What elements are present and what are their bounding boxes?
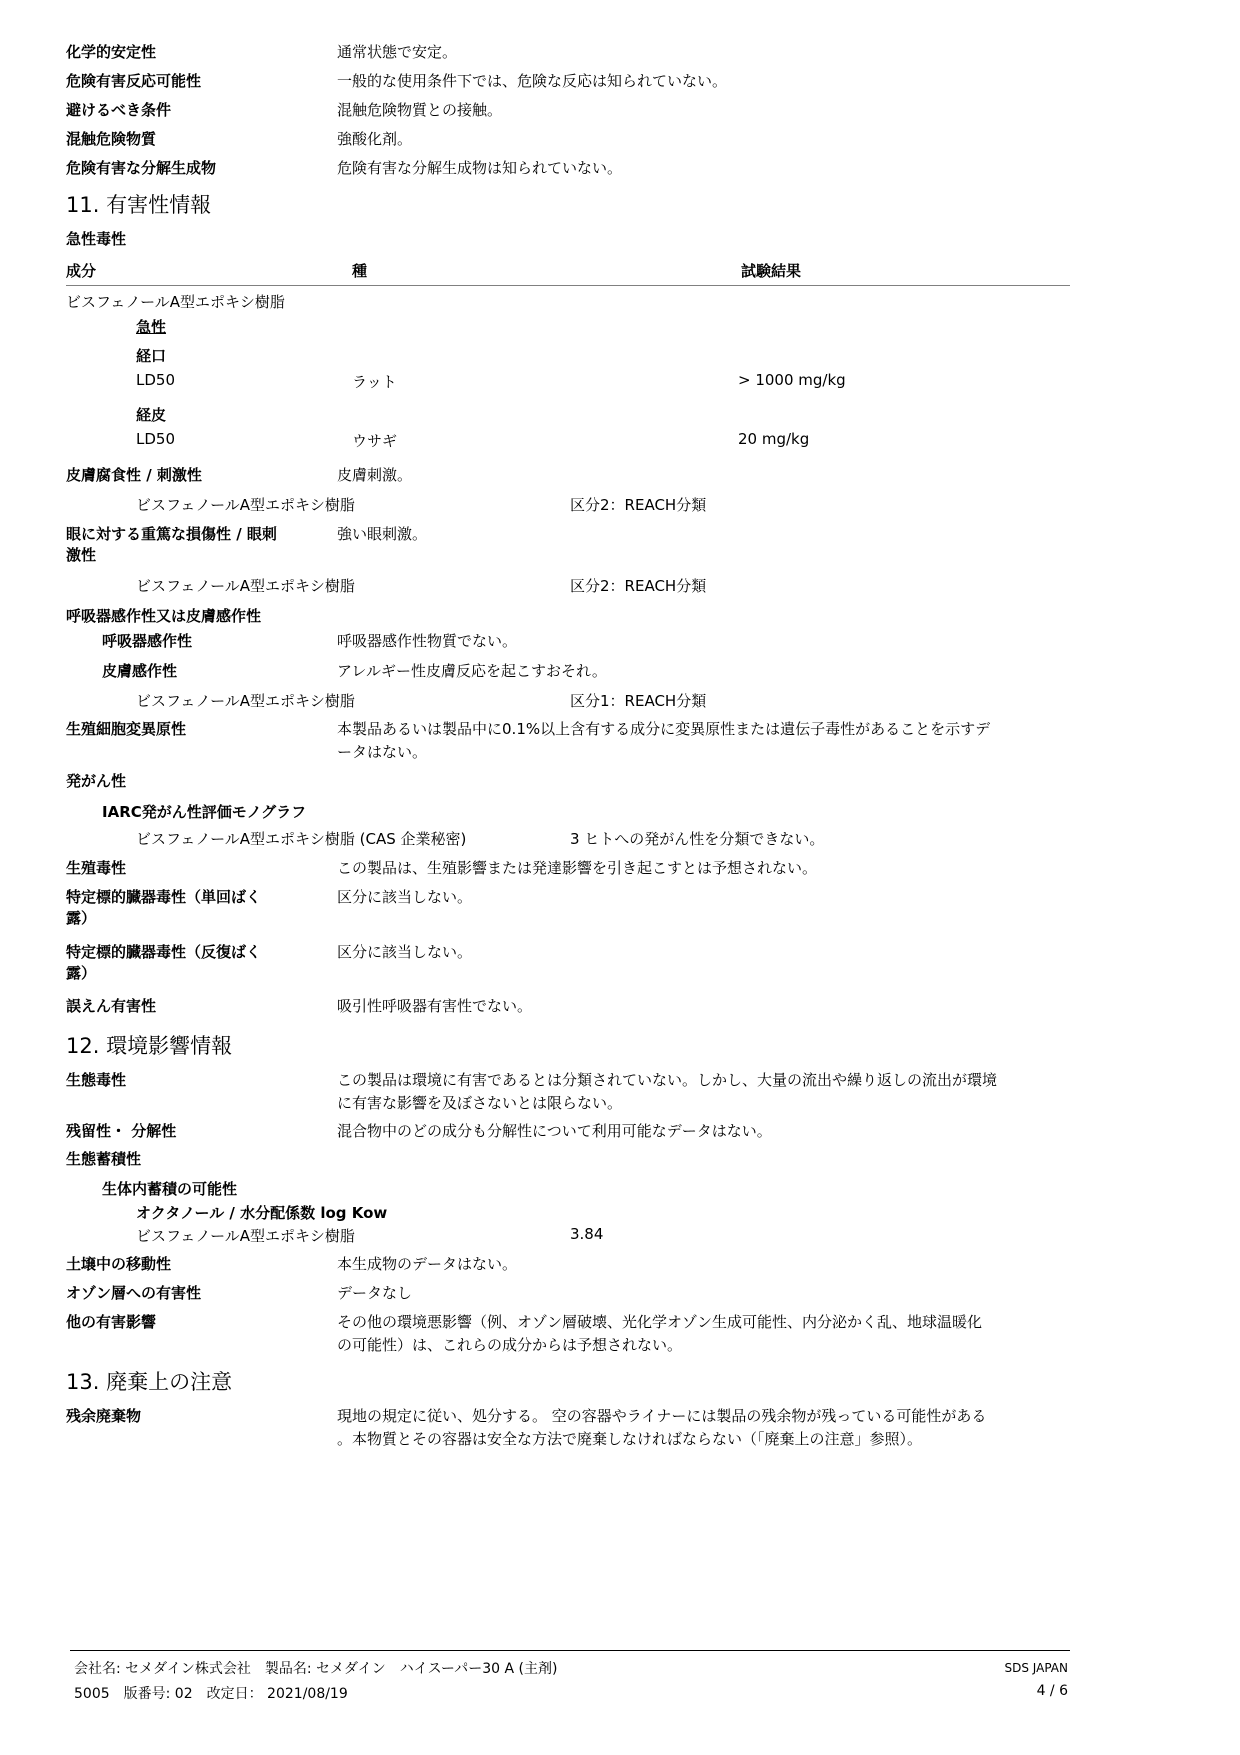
value-hazardous-reactions: 一般的な使用条件下では、危険な反応は知られていない。 <box>337 70 727 91</box>
species-oral: ラット <box>352 371 397 392</box>
footer-rule <box>70 1650 1070 1651</box>
value-residual-waste-line2: 。本物質とその容器は安全な方法で廃棄しなければならない（「廃棄上の注意」参照）。 <box>337 1428 922 1449</box>
label-eye-damage-line2: 激性 <box>66 544 96 565</box>
label-carcinogenicity: 発がん性 <box>66 770 126 791</box>
label-hazardous-reactions: 危険有害反応可能性 <box>66 70 201 91</box>
bioaccumulation-component: ビスフェノールA型エポキシ樹脂 <box>136 1225 355 1246</box>
value-ecotoxicity-line1: この製品は環境に有害であるとは分類されていない。しかし、大量の流出や繰り返しの流… <box>337 1069 997 1090</box>
label-residual-waste: 残余廃棄物 <box>66 1405 141 1426</box>
value-skin-corrosion: 皮膚刺激。 <box>337 464 412 485</box>
bioaccumulation-value: 3.84 <box>570 1225 603 1243</box>
label-ecotoxicity: 生態毒性 <box>66 1069 126 1090</box>
route-dermal: 経皮 <box>136 404 166 425</box>
result-oral: > 1000 mg/kg <box>738 371 846 389</box>
carcinogenicity-classification: 3 ヒトへの発がん性を分類できない。 <box>570 828 824 849</box>
skin-corrosion-classification: 区分2：REACH分類 <box>570 494 706 515</box>
section-13-title: 13. 廃棄上の注意 <box>66 1366 232 1396</box>
value-conditions-to-avoid: 混触危険物質との接触。 <box>337 99 502 120</box>
species-dermal: ウサギ <box>352 430 397 451</box>
table-subheading-acute: 急性 <box>136 316 166 337</box>
value-chemical-stability: 通常状態で安定。 <box>337 41 457 62</box>
footer-revision: 5005 版番号: 02 改定日： 2021/08/19 <box>74 1683 348 1703</box>
label-eye-damage-line1: 眼に対する重篤な損傷性 / 眼刺 <box>66 523 277 544</box>
table-component-name: ビスフェノールA型エポキシ樹脂 <box>66 291 285 312</box>
carcinogenicity-component: ビスフェノールA型エポキシ樹脂 (CAS 企業秘密) <box>136 828 466 849</box>
value-eye-damage: 強い眼刺激。 <box>337 523 427 544</box>
column-header-species: 種 <box>352 260 367 281</box>
value-other-adverse-effects-line2: の可能性）は、これらの成分からは予想されない。 <box>337 1334 682 1355</box>
label-bioaccumulation: 生態蓄積性 <box>66 1148 141 1169</box>
skin-corrosion-component: ビスフェノールA型エポキシ樹脂 <box>136 494 355 515</box>
label-stot-repeated-line2: 露） <box>66 962 96 983</box>
value-aspiration-hazard: 吸引性呼吸器有害性でない。 <box>337 995 532 1016</box>
value-respiratory-sensitization: 呼吸器感作性物質でない。 <box>337 630 517 651</box>
label-stot-repeated-line1: 特定標的臓器毒性（反復ばく <box>66 941 261 962</box>
value-incompatible-materials: 強酸化剤。 <box>337 128 412 149</box>
eye-damage-component: ビスフェノールA型エポキシ樹脂 <box>136 575 355 596</box>
value-mutagenicity-line1: 本製品あるいは製品中に0.1%以上含有する成分に変異原性または遺伝子毒性があるこ… <box>337 718 990 739</box>
value-skin-sensitization: アレルギー性皮膚反応を起こすおそれ。 <box>337 660 607 681</box>
test-dermal-ld50: LD50 <box>136 430 175 448</box>
column-header-test-result: 試験結果 <box>741 260 801 281</box>
label-stot-single-line2: 露） <box>66 907 96 928</box>
value-stot-single: 区分に該当しない。 <box>337 886 472 907</box>
label-conditions-to-avoid: 避けるべき条件 <box>66 99 171 120</box>
section-12-title: 12. 環境影響情報 <box>66 1030 232 1060</box>
label-aspiration-hazard: 誤えん有害性 <box>66 995 156 1016</box>
label-acute-toxicity: 急性毒性 <box>66 228 126 249</box>
footer-company-product: 会社名: セメダイン株式会社 製品名: セメダイン ハイスーパー30 A (主剤… <box>74 1658 557 1678</box>
label-skin-corrosion: 皮膚腐食性 / 刺激性 <box>66 464 202 485</box>
footer-page-number: 4 / 6 <box>1037 1683 1068 1699</box>
test-oral-ld50: LD50 <box>136 371 175 389</box>
value-ecotoxicity-line2: に有害な影響を及ぼさないとは限らない。 <box>337 1092 622 1113</box>
value-soil-mobility: 本生成物のデータはない。 <box>337 1253 517 1274</box>
eye-damage-classification: 区分2：REACH分類 <box>570 575 706 596</box>
value-other-adverse-effects-line1: その他の環境悪影響（例、オゾン層破壊、光化学オゾン生成可能性、内分泌かく乱、地球… <box>337 1311 982 1332</box>
label-sensitization: 呼吸器感作性又は皮膚感作性 <box>66 605 261 626</box>
value-ozone-layer: データなし <box>337 1282 412 1303</box>
label-bioaccumulative-potential: 生体内蓄積の可能性 <box>102 1178 237 1199</box>
label-log-kow: オクタノール / 水分配係数 log Kow <box>136 1202 387 1223</box>
label-other-adverse-effects: 他の有害影響 <box>66 1311 156 1332</box>
value-stot-repeated: 区分に該当しない。 <box>337 941 472 962</box>
sensitization-component: ビスフェノールA型エポキシ樹脂 <box>136 690 355 711</box>
value-residual-waste-line1: 現地の規定に従い、処分する。 空の容器やライナーには製品の残余物が残っている可能… <box>337 1405 986 1426</box>
result-dermal: 20 mg/kg <box>738 430 809 448</box>
label-decomposition-products: 危険有害な分解生成物 <box>66 157 216 178</box>
value-mutagenicity-line2: ータはない。 <box>337 741 427 762</box>
sensitization-classification: 区分1：REACH分類 <box>570 690 706 711</box>
label-chemical-stability: 化学的安定性 <box>66 41 156 62</box>
route-oral: 経口 <box>136 345 166 366</box>
table-header-rule <box>66 285 1070 286</box>
column-header-component: 成分 <box>66 260 96 281</box>
value-reproductive-toxicity: この製品は、生殖影響または発達影響を引き起こすとは予想されない。 <box>337 857 817 878</box>
section-11-title: 11. 有害性情報 <box>66 189 211 219</box>
label-respiratory-sensitization: 呼吸器感作性 <box>102 630 192 651</box>
label-reproductive-toxicity: 生殖毒性 <box>66 857 126 878</box>
label-ozone-layer: オゾン層への有害性 <box>66 1282 201 1303</box>
value-persistence: 混合物中のどの成分も分解性について利用可能なデータはない。 <box>337 1120 772 1141</box>
label-soil-mobility: 土壌中の移動性 <box>66 1253 171 1274</box>
label-iarc-monographs: IARC発がん性評価モノグラフ <box>102 801 306 822</box>
value-decomposition-products: 危険有害な分解生成物は知られていない。 <box>337 157 622 178</box>
label-stot-single-line1: 特定標的臓器毒性（単回ばく <box>66 886 261 907</box>
label-skin-sensitization: 皮膚感作性 <box>102 660 177 681</box>
label-persistence: 残留性・ 分解性 <box>66 1120 176 1141</box>
footer-doc-type: SDS JAPAN <box>1005 1661 1068 1675</box>
label-incompatible-materials: 混触危険物質 <box>66 128 156 149</box>
label-mutagenicity: 生殖細胞変異原性 <box>66 718 186 739</box>
